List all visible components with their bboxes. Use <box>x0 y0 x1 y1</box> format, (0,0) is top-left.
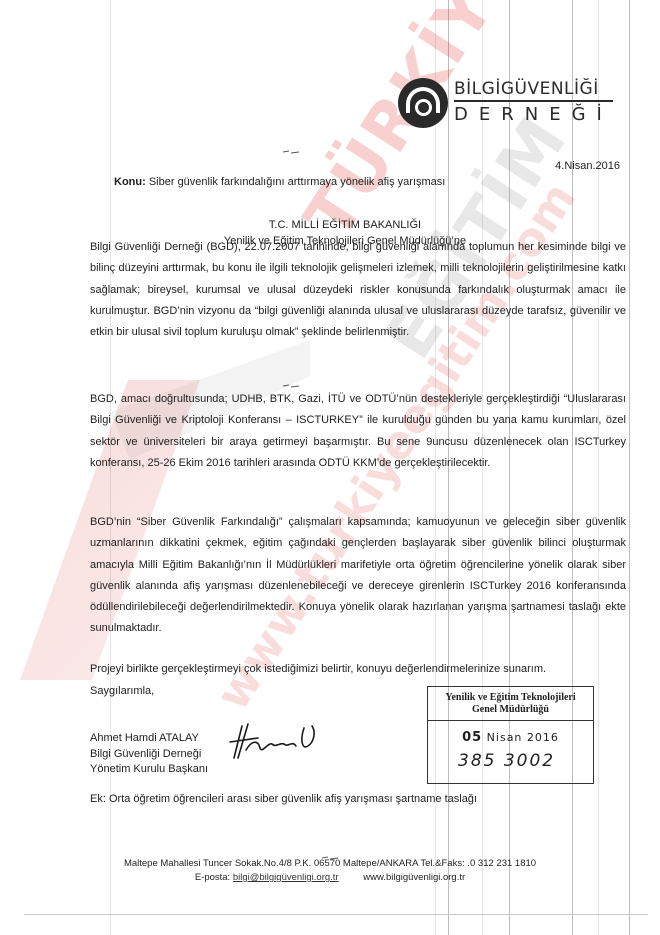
letter-page: BİLGİGÜVENLİĞİ DERNEĞİ 4.Nisan.2016 Konu… <box>0 0 660 935</box>
body-paragraph: BGD, amacı doğrultusunda; UDHB, BTK, Gaz… <box>90 389 626 474</box>
footer-email-label: E-posta: <box>195 872 230 883</box>
footer-website[interactable]: www.bilgigüvenligi.org.tr <box>363 872 465 883</box>
stamp-header: Yenilik ve Eğitim Teknolojileri Genel Mü… <box>428 687 593 721</box>
handwritten-signature <box>228 720 320 762</box>
signer-organization: Bilgi Güvenliği Derneği <box>90 747 208 763</box>
letterhead-logo: BİLGİGÜVENLİĞİ DERNEĞİ <box>398 78 613 128</box>
recipient-line1: T.C. MİLLİ EĞİTİM BAKANLIĞI <box>30 217 660 233</box>
paraph-mark <box>283 142 299 146</box>
scan-bottom-rule <box>24 914 648 915</box>
stamp-registry-number: 385 3002 <box>458 751 555 771</box>
eye-shield-logo-icon <box>398 78 448 128</box>
stamp-year: 2016 <box>527 731 559 744</box>
subject-text: Siber güvenlik farkındalığını arttırmaya… <box>149 176 446 188</box>
paraph-mark <box>283 376 299 380</box>
regards: Saygılarımla, <box>90 685 154 697</box>
footer-contact: E-posta: bilgi@bilgigüvenligi.org.tr www… <box>0 871 660 885</box>
letter-date: 4.Nisan.2016 <box>555 160 620 172</box>
signer-title: Yönetim Kurulu Başkanı <box>90 762 208 778</box>
subject-label: Konu: <box>114 176 146 188</box>
incoming-document-stamp: Yenilik ve Eğitim Teknolojileri Genel Mü… <box>427 686 594 784</box>
stamp-month: Nisan <box>487 731 523 744</box>
signer-name: Ahmet Hamdi ATALAY <box>90 731 208 747</box>
footer-email-link[interactable]: bilgi@bilgigüvenligi.org.tr <box>233 872 339 883</box>
footer-address: Maltepe Mahallesi Tuncer Sokak.No.4/8 P.… <box>0 857 660 871</box>
attachment-note: Ek: Orta öğretim öğrencileri arası siber… <box>90 793 477 805</box>
stamp-day: 05 <box>462 730 482 745</box>
closing-sentence: Projeyi birlikte gerçekleştirmeyi çok is… <box>90 663 546 675</box>
signer-block: Ahmet Hamdi ATALAY Bilgi Güvenliği Derne… <box>90 731 208 778</box>
body-paragraph: Bilgi Güvenliği Derneği (BGD), 22.07.200… <box>90 237 626 343</box>
org-name-line2: DERNEĞİ <box>454 104 613 126</box>
paraph-mark <box>322 848 338 852</box>
body-paragraph: BGD’nin “Siber Güvenlik Farkındalığı” ça… <box>90 512 626 640</box>
subject-line: Konu: Siber güvenlik farkındalığını artt… <box>114 176 445 188</box>
org-name-line1: BİLGİGÜVENLİĞİ <box>454 80 613 102</box>
stamp-date: 05 Nisan 2016 <box>428 730 593 745</box>
letter-footer: Maltepe Mahallesi Tuncer Sokak.No.4/8 P.… <box>0 857 660 885</box>
